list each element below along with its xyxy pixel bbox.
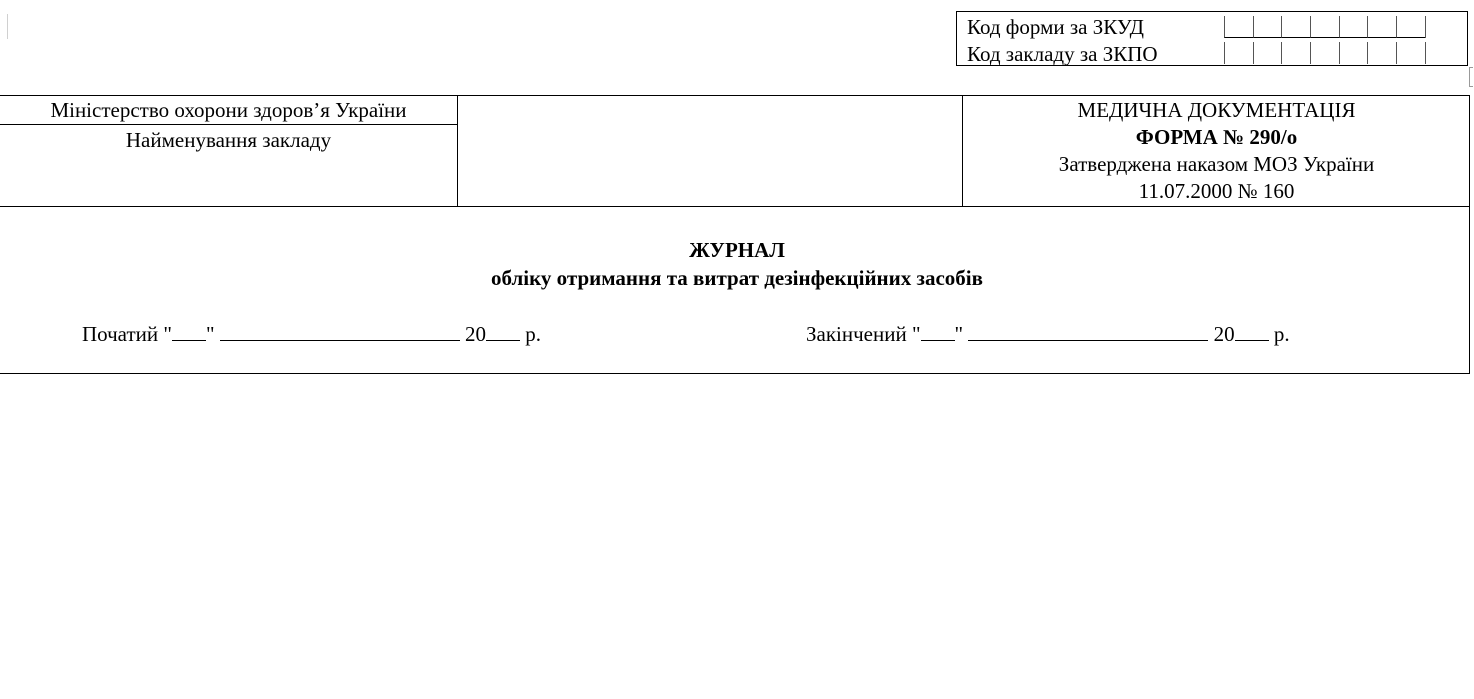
code-cell-end <box>1425 16 1426 38</box>
approval-date: 11.07.2000 № 160 <box>963 178 1470 205</box>
quote-close: " <box>955 322 964 346</box>
margin-mark <box>1469 67 1473 87</box>
start-month-blank[interactable] <box>220 320 460 341</box>
end-month-blank[interactable] <box>968 320 1208 341</box>
code-cell[interactable] <box>1253 16 1282 38</box>
year-prefix: 20 <box>465 322 486 346</box>
start-year-blank[interactable] <box>486 320 520 341</box>
header-bottom-border <box>0 206 1470 207</box>
code-cell[interactable] <box>1310 42 1339 64</box>
code-cell[interactable] <box>1339 16 1368 38</box>
year-prefix: 20 <box>1214 322 1235 346</box>
code-cell[interactable] <box>1281 42 1310 64</box>
journal-title: ЖУРНАЛ <box>0 236 1474 264</box>
end-label: Закінчений " <box>806 322 921 346</box>
form-number: ФОРМА № 290/о <box>963 124 1470 151</box>
institution-name-label: Найменування закладу <box>0 127 457 153</box>
year-suffix: р. <box>525 322 541 346</box>
form-code-label: Код форми за ЗКУД <box>967 14 1144 40</box>
institution-code-label: Код закладу за ЗКПО <box>967 41 1158 67</box>
code-cell[interactable] <box>1310 16 1339 38</box>
codes-box: Код форми за ЗКУД Код закладу за ЗКПО <box>956 11 1468 66</box>
code-cell-end <box>1425 42 1426 64</box>
code-cell[interactable] <box>1396 16 1425 38</box>
end-date-line: Закінчений "" 20 р. <box>806 320 1290 348</box>
journal-subtitle: обліку отримання та витрат дезінфекційни… <box>0 264 1474 292</box>
start-date-line: Початий "" 20 р. <box>82 320 541 348</box>
code-cell[interactable] <box>1367 42 1396 64</box>
institution-code-cells[interactable] <box>1224 42 1426 66</box>
header-top-border <box>0 95 1470 96</box>
code-cell[interactable] <box>1224 42 1253 64</box>
section-bottom-border <box>0 373 1470 374</box>
form-code-cells[interactable] <box>1224 16 1426 40</box>
code-cell[interactable] <box>1367 16 1396 38</box>
code-cell[interactable] <box>1281 16 1310 38</box>
end-day-blank[interactable] <box>921 320 955 341</box>
code-cell[interactable] <box>1339 42 1368 64</box>
medical-documentation-block: МЕДИЧНА ДОКУМЕНТАЦІЯ ФОРМА № 290/о Затве… <box>963 97 1470 205</box>
med-doc-heading: МЕДИЧНА ДОКУМЕНТАЦІЯ <box>963 97 1470 124</box>
ministry-divider <box>0 124 457 125</box>
journal-title-block: ЖУРНАЛ обліку отримання та витрат дезінф… <box>0 236 1474 292</box>
code-cell[interactable] <box>1224 16 1253 38</box>
end-year-blank[interactable] <box>1235 320 1269 341</box>
quote-close: " <box>206 322 215 346</box>
approved-by: Затверджена наказом МОЗ України <box>963 151 1470 178</box>
text-cursor-mark <box>7 14 8 39</box>
code-cell[interactable] <box>1396 42 1425 64</box>
header-col-divider-1 <box>457 95 458 207</box>
start-day-blank[interactable] <box>172 320 206 341</box>
ministry-name: Міністерство охорони здоров’я України <box>0 97 457 123</box>
start-label: Початий " <box>82 322 172 346</box>
year-suffix: р. <box>1274 322 1290 346</box>
code-cell[interactable] <box>1253 42 1282 64</box>
